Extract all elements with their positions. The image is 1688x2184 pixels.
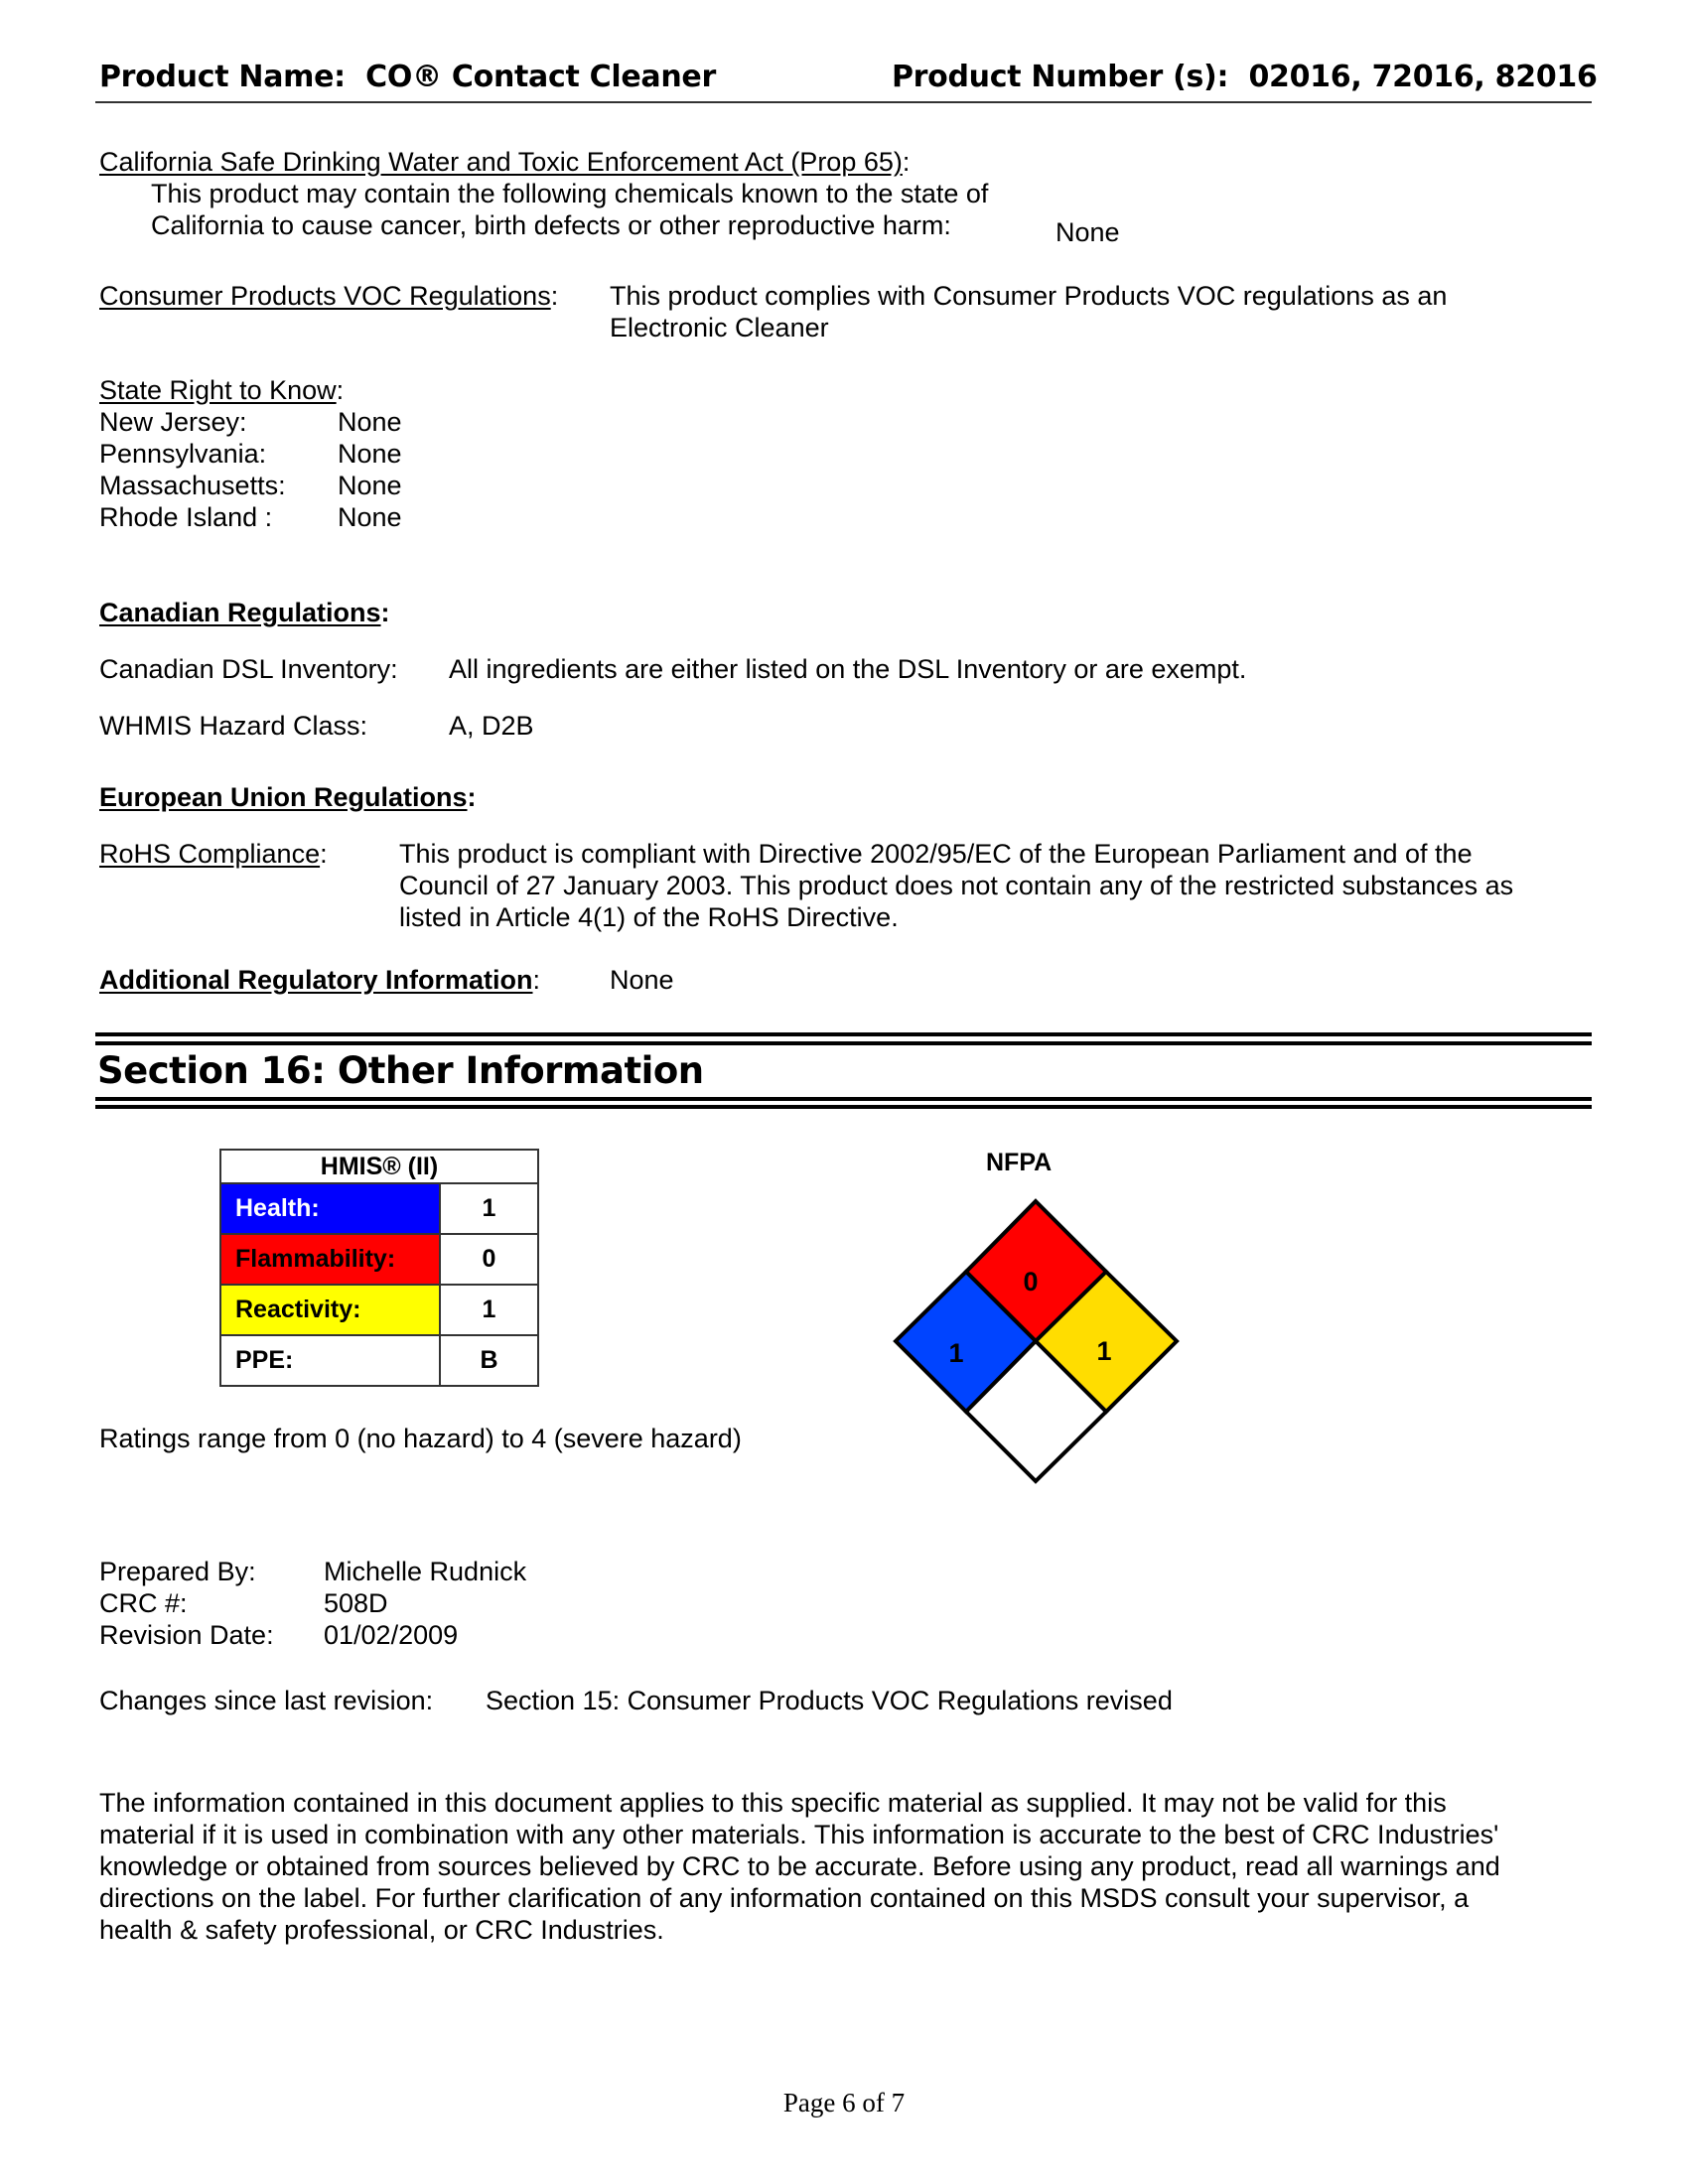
hmis-label: Reactivity: <box>220 1285 440 1335</box>
additional-value: None <box>610 964 674 996</box>
state-label: New Jersey: <box>99 406 247 438</box>
hmis-row: PPE:B <box>220 1335 538 1386</box>
changes-label: Changes since last revision: <box>99 1685 433 1716</box>
state-value: None <box>338 501 402 533</box>
hmis-row: Reactivity:1 <box>220 1285 538 1335</box>
product-name: CO® Contact Cleaner <box>365 60 716 94</box>
voc-label: Consumer Products VOC Regulations: <box>99 280 558 312</box>
nfpa-title: NFPA <box>986 1149 1052 1177</box>
nfpa-health-value: 1 <box>948 1338 963 1368</box>
dsl-label: Canadian DSL Inventory: <box>99 653 398 685</box>
rohs-line2: Council of 27 January 2003. This product… <box>399 870 1513 901</box>
changes-value: Section 15: Consumer Products VOC Regula… <box>486 1685 1173 1716</box>
state-right-to-know-heading: State Right to Know: <box>99 374 344 406</box>
hmis-value: 0 <box>440 1234 538 1285</box>
prop65-value: None <box>1055 216 1120 248</box>
hmis-label: PPE: <box>220 1335 440 1386</box>
hmis-row: Health:1 <box>220 1183 538 1234</box>
page-number: Page 6 of 7 <box>0 2088 1688 2118</box>
dsl-value: All ingredients are either listed on the… <box>449 653 1246 685</box>
hmis-table: HMIS® (II) Health:1Flammability:0Reactiv… <box>219 1149 539 1387</box>
state-label: Rhode Island : <box>99 501 272 533</box>
rohs-label: RoHS Compliance: <box>99 838 328 870</box>
whmis-value: A, D2B <box>449 710 534 742</box>
ratings-note: Ratings range from 0 (no hazard) to 4 (s… <box>99 1423 742 1454</box>
rohs-line1: This product is compliant with Directive… <box>399 838 1473 870</box>
disclaimer-line: knowledge or obtained from sources belie… <box>99 1850 1500 1882</box>
hmis-row: Flammability:0 <box>220 1234 538 1285</box>
section-rule-top-1 <box>95 1032 1592 1036</box>
disclaimer-line: directions on the label. For further cla… <box>99 1882 1469 1914</box>
state-value: None <box>338 406 402 438</box>
prepared-label: Revision Date: <box>99 1619 274 1651</box>
product-name-header: Product Name: CO® Contact Cleaner <box>99 60 716 94</box>
header-rule <box>95 101 1592 103</box>
voc-line2: Electronic Cleaner <box>610 312 829 343</box>
section-rule-top-2 <box>95 1041 1592 1045</box>
state-value: None <box>338 470 402 501</box>
hmis-value: B <box>440 1335 538 1386</box>
prop65-line1: This product may contain the following c… <box>151 178 988 209</box>
section-rule-bottom-1 <box>95 1097 1592 1101</box>
product-number-header: Product Number (s): 02016, 72016, 82016 <box>892 60 1598 94</box>
state-value: None <box>338 438 402 470</box>
hmis-value: 1 <box>440 1285 538 1335</box>
disclaimer-line: health & safety professional, or CRC Ind… <box>99 1914 664 1946</box>
additional-label: Additional Regulatory Information: <box>99 964 540 996</box>
prepared-value: Michelle Rudnick <box>324 1556 526 1587</box>
rohs-line3: listed in Article 4(1) of the RoHS Direc… <box>399 901 899 933</box>
voc-line1: This product complies with Consumer Prod… <box>610 280 1447 312</box>
state-label: Massachusetts: <box>99 470 286 501</box>
hmis-value: 1 <box>440 1183 538 1234</box>
canadian-heading: Canadian Regulations: <box>99 597 390 628</box>
nfpa-reactivity-value: 1 <box>1096 1336 1111 1366</box>
hmis-label: Flammability: <box>220 1234 440 1285</box>
nfpa-diamond: 0 1 1 <box>884 1191 1192 1494</box>
prop65-line2: California to cause cancer, birth defect… <box>151 209 951 241</box>
prepared-label: CRC #: <box>99 1587 188 1619</box>
product-name-label: Product Name: <box>99 60 346 94</box>
prop65-heading: California Safe Drinking Water and Toxic… <box>99 146 910 178</box>
disclaimer-line: material if it is used in combination wi… <box>99 1819 1498 1850</box>
hmis-label: Health: <box>220 1183 440 1234</box>
section-rule-bottom-2 <box>95 1105 1592 1109</box>
product-number-label: Product Number (s): <box>892 60 1228 94</box>
whmis-label: WHMIS Hazard Class: <box>99 710 367 742</box>
prepared-value: 508D <box>324 1587 388 1619</box>
nfpa-flammability-value: 0 <box>1023 1267 1038 1297</box>
state-label: Pennsylvania: <box>99 438 266 470</box>
prepared-label: Prepared By: <box>99 1556 256 1587</box>
disclaimer-line: The information contained in this docume… <box>99 1787 1447 1819</box>
hmis-title: HMIS® (II) <box>220 1150 538 1183</box>
product-numbers: 02016, 72016, 82016 <box>1248 60 1597 94</box>
prepared-value: 01/02/2009 <box>324 1619 458 1651</box>
section16-title: Section 16: Other Information <box>97 1049 704 1092</box>
eu-heading: European Union Regulations: <box>99 781 477 813</box>
